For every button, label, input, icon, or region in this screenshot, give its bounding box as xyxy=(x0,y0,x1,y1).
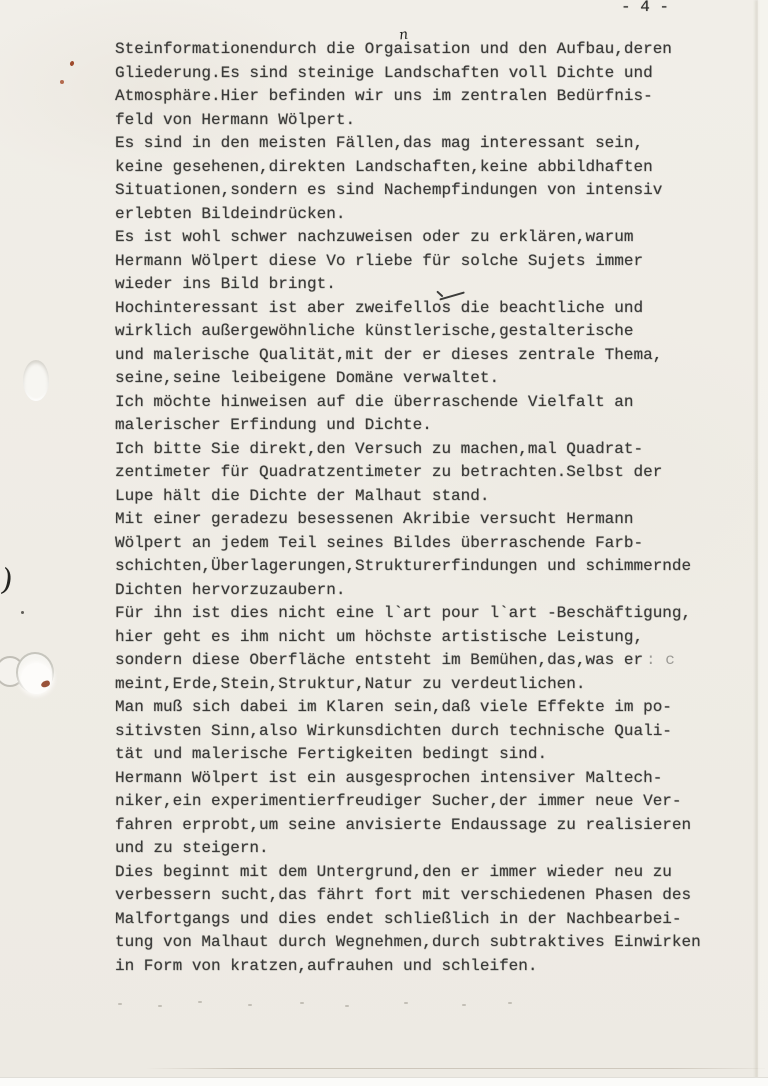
text-line: niker,ein experimentierfreudiger Sucher,… xyxy=(115,790,715,814)
text-line: Mit einer geradezu besessenen Akribie ve… xyxy=(115,508,715,532)
hole-punch-blemish xyxy=(23,360,49,401)
text-line: und zu steigern. xyxy=(115,837,715,861)
text-line: erlebten Bildeindrücken. xyxy=(115,203,715,227)
text-line: meint,Erde,Stein,Struktur,Natur zu verde… xyxy=(115,673,715,697)
text-line: sondern diese Oberfläche entsteht im Bem… xyxy=(115,649,715,673)
text-line: hier geht es ihm nicht um höchste artist… xyxy=(115,626,715,650)
paper-fold-line xyxy=(145,1068,765,1069)
text-line: Wölpert an jedem Teil seines Bildes über… xyxy=(115,532,715,556)
text-line: fahren erprobt,um seine anvisierte Endau… xyxy=(115,814,715,838)
scan-right-edge xyxy=(758,0,768,1086)
text-line: Hermann Wölpert diese Vo rliebe für solc… xyxy=(115,250,715,274)
ink-dot xyxy=(21,611,24,614)
red-ink-speck xyxy=(60,80,64,84)
text-line: sitivsten Sinn,also Wirkunsdichten durch… xyxy=(115,720,715,744)
text-line: wirklich außergewöhnliche künstlerische,… xyxy=(115,320,715,344)
scan-bottom-edge xyxy=(0,1077,768,1086)
handwritten-insertion-letter: n xyxy=(398,27,409,44)
text-line: Steinformationendurch die Orgaisation un… xyxy=(115,38,715,62)
text-line: Für ihn ist dies nicht eine l`art pour l… xyxy=(115,602,715,626)
text-line: seine,seine leibeigene Domäne verwaltet. xyxy=(115,367,715,391)
text-line: Gliederung.Es sind steinige Landschaften… xyxy=(115,62,715,86)
text-line: Dies beginnt mit dem Untergrund,den er i… xyxy=(115,861,715,885)
text-line: Es ist wohl schwer nachzuweisen oder zu … xyxy=(115,226,715,250)
text-line: Malfortgangs und dies endet schließlich … xyxy=(115,908,715,932)
text-line: Situationen,sondern es sind Nachempfindu… xyxy=(115,179,715,203)
text-line: verbessern sucht,das fährt fort mit vers… xyxy=(115,884,715,908)
text-line: schichten,Überlagerungen,Strukturerfindu… xyxy=(115,555,715,579)
text-line: zentimeter für Quadratzentimeter zu betr… xyxy=(115,461,715,485)
handwritten-margin-mark: ) xyxy=(0,562,15,598)
text-line: Ich möchte hinweisen auf die überraschen… xyxy=(115,391,715,415)
page-number: - 4 - xyxy=(621,0,669,20)
text-line: und malerische Qualität,mit der er diese… xyxy=(115,344,715,368)
text-line: tät und malerische Fertigkeiten bedingt … xyxy=(115,743,715,767)
text-line: Atmosphäre.Hier befinden wir uns im zent… xyxy=(115,85,715,109)
text-line: Dichten hervorzuzaubern. xyxy=(115,579,715,603)
text-line: Hochinteressant ist aber zweifellos die … xyxy=(115,297,715,321)
white-correction-blob xyxy=(21,663,52,694)
text-line: wieder ins Bild bringt. xyxy=(115,273,715,297)
typewritten-text: Steinformationendurch die Orgaisation un… xyxy=(115,38,715,978)
text-line: Lupe hält die Dichte der Malhaut stand. xyxy=(115,485,715,509)
text-line: Ich bitte Sie direkt,den Versuch zu mach… xyxy=(115,438,715,462)
arrow-tick xyxy=(436,291,443,298)
handwritten-arrow-mark xyxy=(436,288,468,302)
text-line: tung von Malhaut durch Wegnehmen,durch s… xyxy=(115,931,715,955)
text-line: Es sind in den meisten Fällen,das mag in… xyxy=(115,132,715,156)
text-line: Man muß sich dabei im Klaren sein,daß vi… xyxy=(115,696,715,720)
text-line: in Form von kratzen,aufrauhen und schlei… xyxy=(115,955,715,979)
scanned-document-page: - 4 - Steinformationendurch die Orgaisat… xyxy=(0,0,768,1086)
text-line: Hermann Wölpert ist ein ausgesprochen in… xyxy=(115,767,715,791)
faint-overtype-characters: : c xyxy=(646,649,675,673)
red-ink-speck xyxy=(69,60,74,66)
text-line: malerischer Erfindung und Dichte. xyxy=(115,414,715,438)
text-line: feld von Hermann Wölpert. xyxy=(115,109,715,133)
text-line: keine gesehenen,direkten Landschaften,ke… xyxy=(115,156,715,180)
